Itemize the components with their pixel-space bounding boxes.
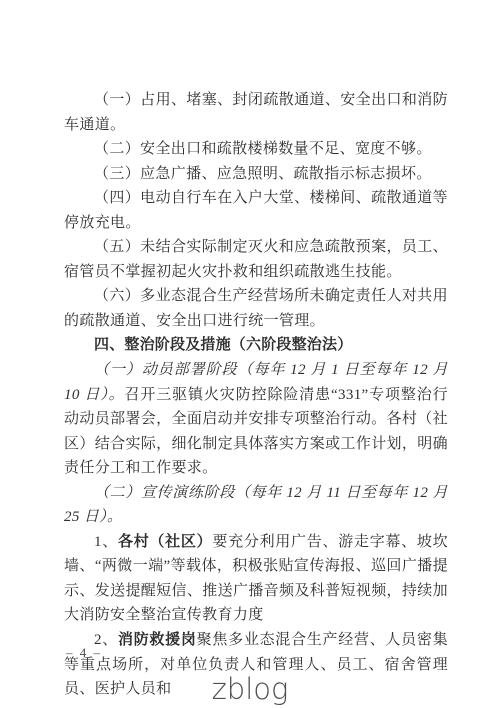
- text-run: 各村（社区）: [118, 533, 212, 550]
- paragraph: （六）多业态混合生产经营场所未确定责任人对共用的疏散通道、安全出口进行统一管理。: [64, 284, 448, 333]
- section-heading: 四、整治阶段及措施（六阶段整治法）: [64, 333, 448, 358]
- text-run: （二）宣传演练阶段（每年 12 月 11 日至每年 12 月 25 日）。: [64, 485, 448, 526]
- paragraph: （一）动员部署阶段（每年 12 月 1 日至每年 12 月 10 日）。召开三驱…: [64, 358, 448, 481]
- text-run: 四、整治阶段及措施（六阶段整治法）: [94, 336, 352, 353]
- text-run: （一）占用、堵塞、封闭疏散通道、安全出口和消防车通道。: [64, 92, 448, 133]
- document-body: （一）占用、堵塞、封闭疏散通道、安全出口和消防车通道。（二）安全出口和疏散楼梯数…: [64, 88, 448, 702]
- paragraph: （四）电动自行车在入户大堂、楼梯间、疏散通道等停放充电。: [64, 186, 448, 235]
- text-run: （三）应急广播、应急照明、疏散指示标志损坏。: [94, 166, 432, 182]
- text-run: （四）电动自行车在入户大堂、楼梯间、疏散通道等停放充电。: [64, 190, 448, 231]
- text-run: 1、: [94, 534, 118, 550]
- paragraph: （五）未结合实际制定灭火和应急疏散预案，员工、宿管员不掌握初起火灾扑救和组织疏散…: [64, 235, 448, 284]
- text-run: （二）安全出口和疏散楼梯数量不足、宽度不够。: [94, 141, 432, 157]
- text-run: （六）多业态混合生产经营场所未确定责任人对共用的疏散通道、安全出口进行统一管理。: [64, 288, 448, 329]
- paragraph: （二）宣传演练阶段（每年 12 月 11 日至每年 12 月 25 日）。: [64, 481, 448, 530]
- text-run: 消防救援岗: [118, 631, 197, 648]
- page-number: – 4 –: [66, 645, 102, 661]
- paragraph: 1、各村（社区）要充分利用广告、游走字幕、坡坎墙、“两微一端”等载体，积极张贴宣…: [64, 530, 448, 628]
- paragraph: （一）占用、堵塞、封闭疏散通道、安全出口和消防车通道。: [64, 88, 448, 137]
- document-page: （一）占用、堵塞、封闭疏散通道、安全出口和消防车通道。（二）安全出口和疏散楼梯数…: [0, 0, 500, 708]
- paragraph: （三）应急广播、应急照明、疏散指示标志损坏。: [64, 162, 448, 187]
- watermark-zblog: zblog: [0, 672, 500, 706]
- text-run: （五）未结合实际制定灭火和应急疏散预案，员工、宿管员不掌握初起火灾扑救和组织疏散…: [64, 239, 448, 280]
- paragraph: （二）安全出口和疏散楼梯数量不足、宽度不够。: [64, 137, 448, 162]
